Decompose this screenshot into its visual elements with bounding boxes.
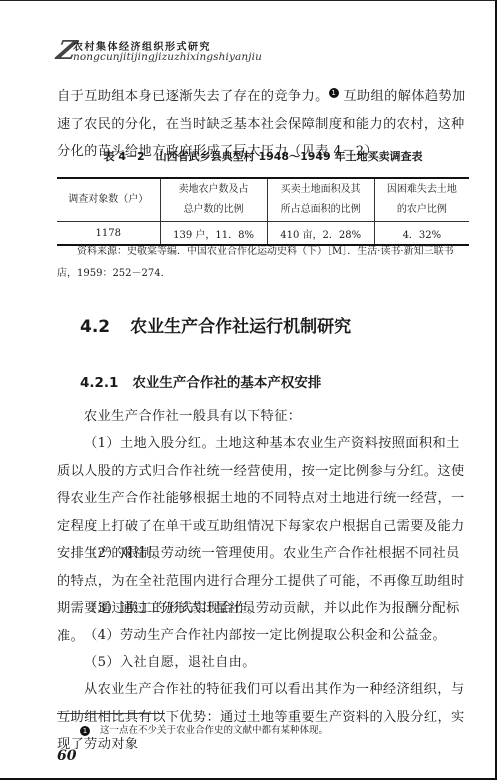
table-header-cell: 因困难失去土地的农户比例 [374,178,469,222]
section-heading: 4.2农业生产合作社运行机制研究 [80,312,351,337]
section-title: 农业生产合作社运行机制研究 [130,317,351,337]
table-source-note: 资料来源：史敬棠等编．中国农业合作化运动史料（下）［M］．生活·读书·新知三联书… [57,241,469,285]
intro-text-1: 自于互助组本身已逐渐失去了存在的竞争力。 [57,89,329,104]
running-head-pinyin: nongcunjitijingjizuzhixingshiyanjiu [73,51,262,63]
land-sale-table: 调查对象数（户） 卖地农户数及占总户数的比例 买卖土地面积及其所占总面积的比例 … [57,177,469,246]
footnote-ref-icon[interactable]: 1 [329,88,339,98]
running-head: Z 农村集体经济组织形式研究 nongcunjitijingjizuzhixin… [57,36,317,64]
subsection-heading: 4.2.1农业生产合作社的基本产权安排 [80,371,321,391]
section-number: 4.2 [80,317,110,337]
table-caption: 表 4－2 山西省武乡县典型村 1948～1949 年土地买卖调查表 [57,148,469,164]
table-header-cell: 调查对象数（户） [57,178,160,222]
subsection-title: 农业生产合作社的基本产权安排 [132,375,321,391]
footnote: 1这一点在不少关于农业合作史的文献中都有某种体现。 [80,722,328,736]
table-header-row: 调查对象数（户） 卖地农户数及占总户数的比例 买卖土地面积及其所占总面积的比例 … [57,178,469,222]
footnote-marker-icon: 1 [80,726,90,736]
body-paragraph: （5）入社自愿，退社自由。 [57,649,469,677]
page-number: 60 [57,748,76,764]
table-header-cell: 卖地农户数及占总户数的比例 [160,178,267,222]
footnote-text: 这一点在不少关于农业合作史的文献中都有某种体现。 [100,725,328,736]
subsection-number: 4.2.1 [80,375,118,391]
footnote-divider [57,713,165,714]
body-paragraph: 农业生产合作社一般具有以下特征： [57,403,469,431]
body-paragraph: （4）劳动生产合作社内部按一定比例提取公积金和公益金。 [57,622,469,650]
table-header-cell: 买卖土地面积及其所占总面积的比例 [267,178,374,222]
body-paragraph: 从农业生产合作社的特征我们可以看出其作为一种经济组织，与互助组相比具有以下优势：… [57,676,469,759]
